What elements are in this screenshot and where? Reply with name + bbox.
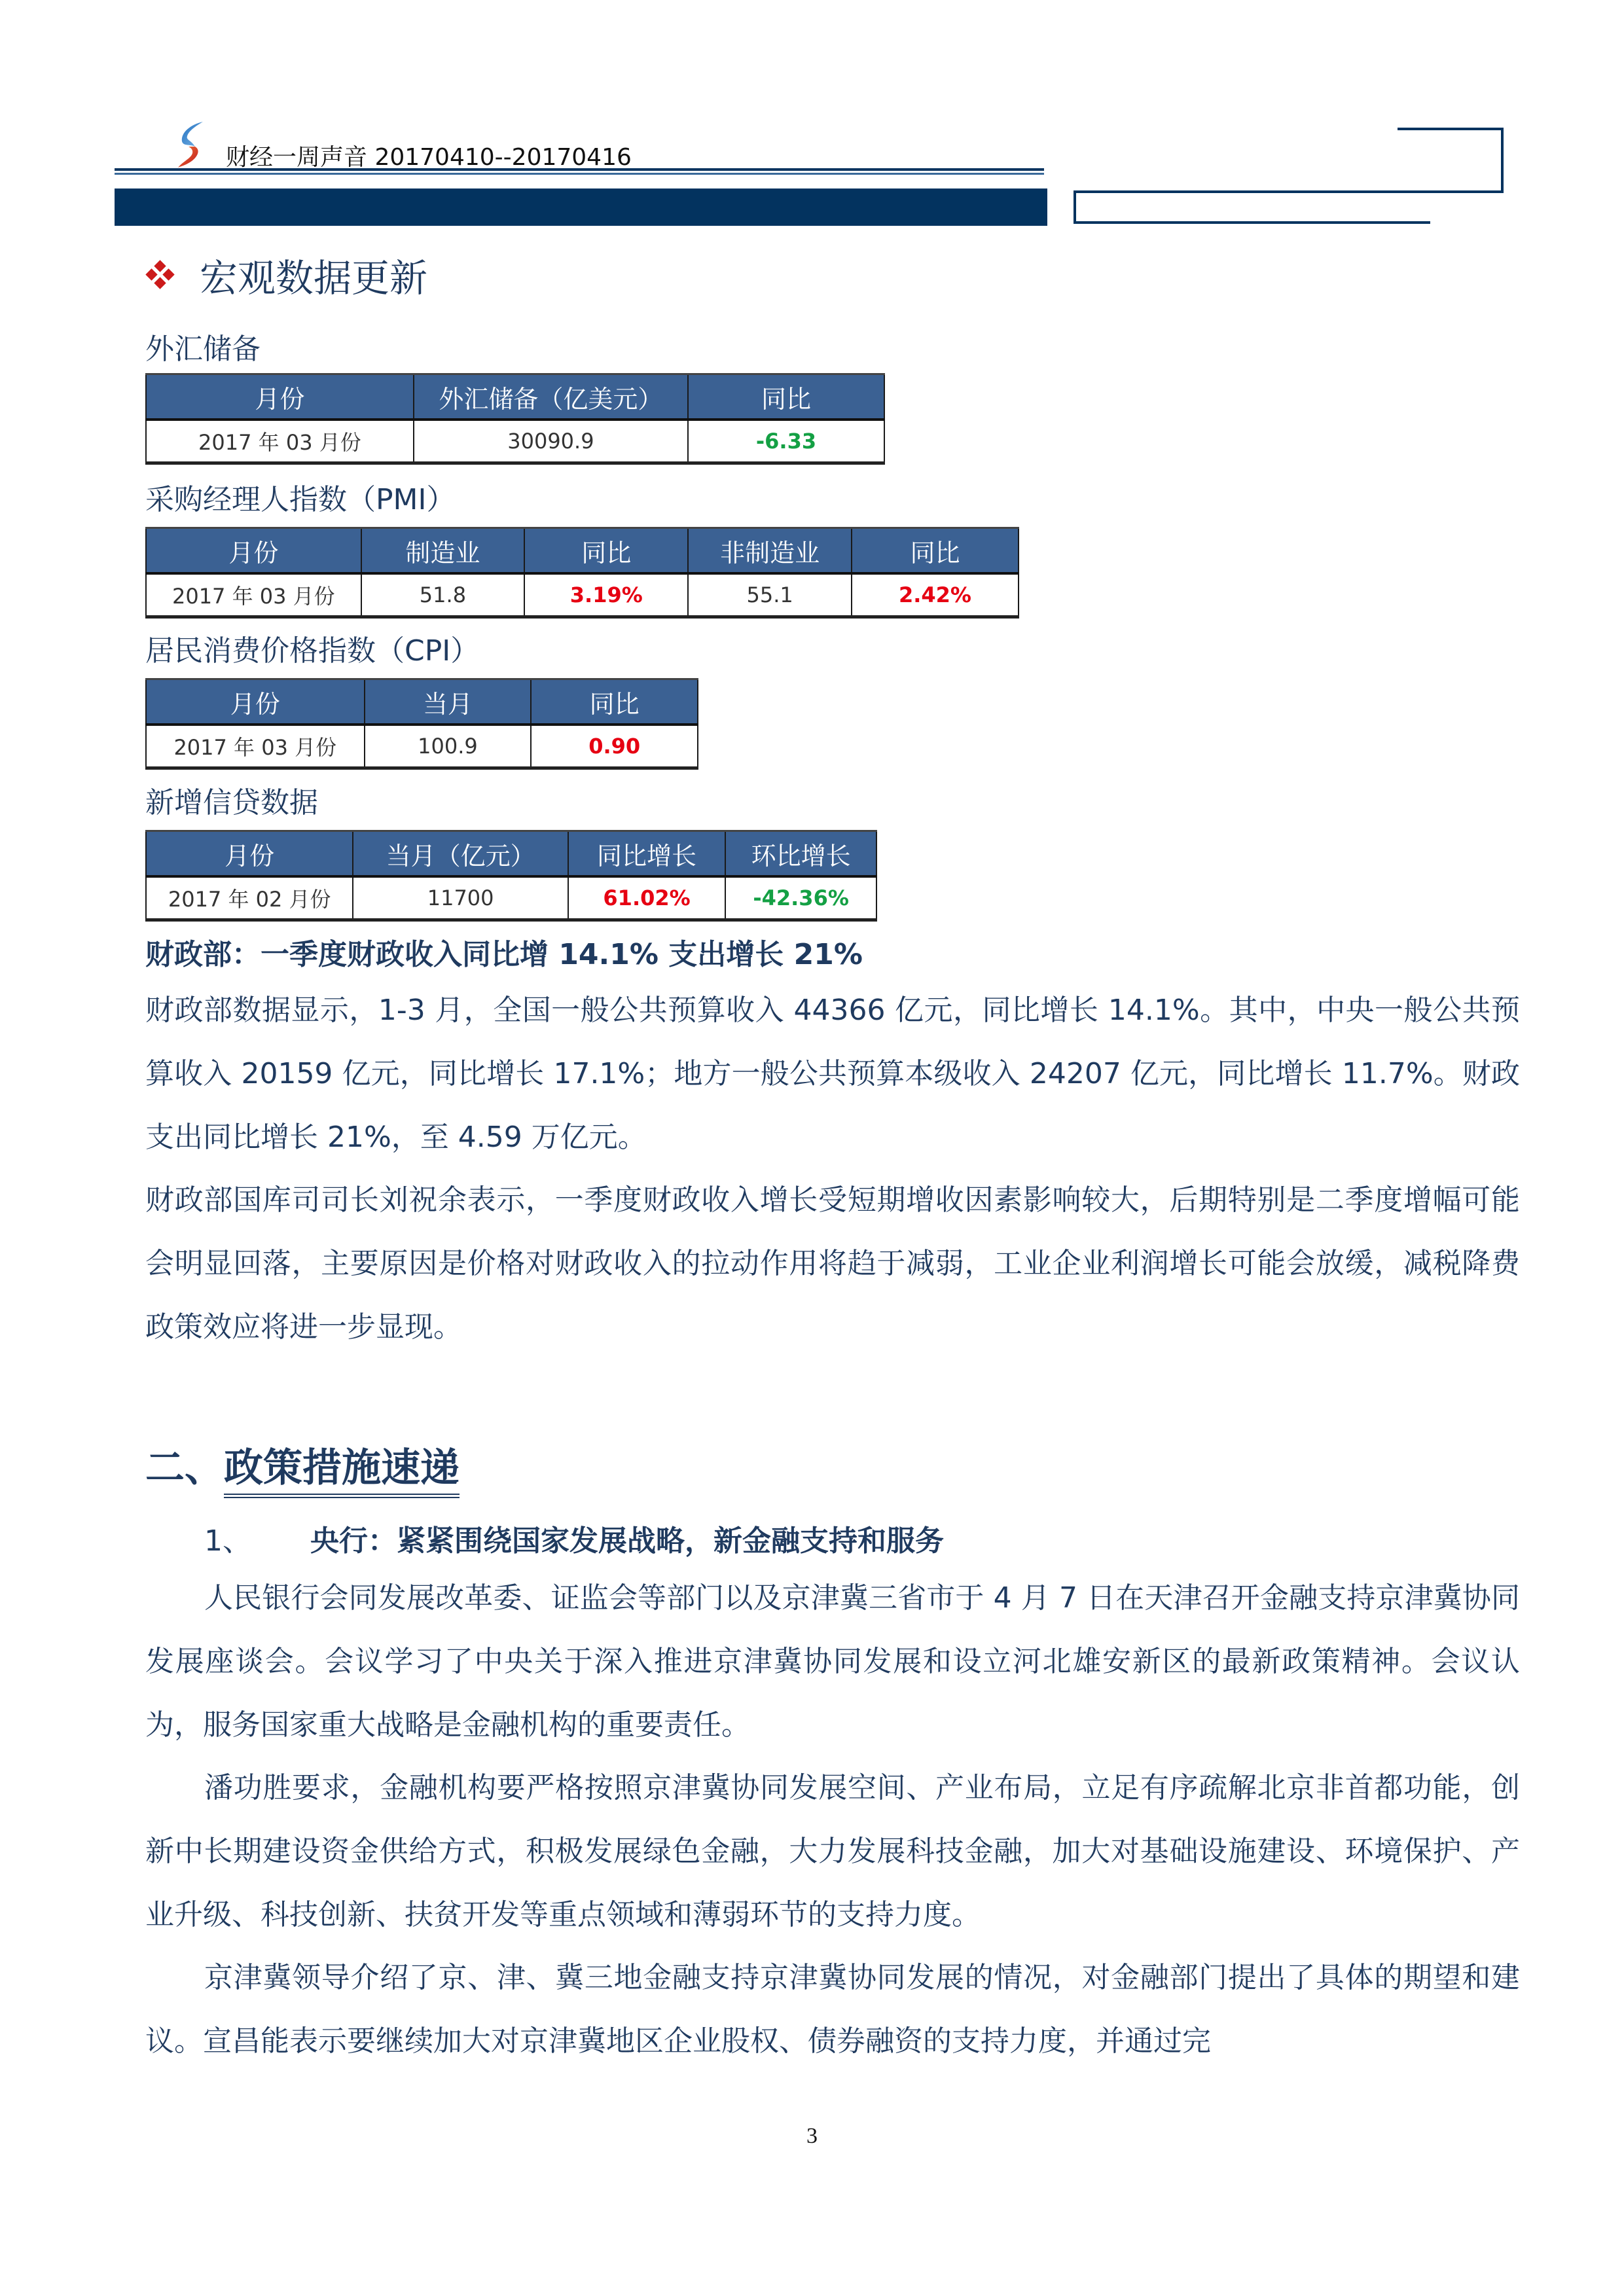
cpi-table: 月份 当月 同比 2017 年 03 月份 100.9 0.90 — [145, 678, 698, 770]
pmi-label: 采购经理人指数（PMI） — [145, 476, 455, 518]
column-header: 制造业 — [361, 528, 525, 574]
section-title-policy: 二、政策措施速递 — [145, 1437, 460, 1493]
table-cell: 2.42% — [852, 573, 1019, 617]
table-cell: 55.1 — [688, 573, 852, 617]
item-title-text: 央行：紧紧围绕国家发展战略，新金融支持和服务 — [310, 1524, 944, 1558]
table-cell: 0.90 — [531, 725, 698, 768]
forex-table: 月份 外汇储备（亿美元） 同比 2017 年 03 月份 30090.9 -6.… — [145, 373, 885, 465]
table-cell: 2017 年 03 月份 — [146, 725, 365, 768]
table-cell: 2017 年 03 月份 — [146, 573, 361, 617]
table-cell: -6.33 — [688, 420, 884, 463]
header-title: 财经一周声音 20170410--20170416 — [226, 139, 632, 172]
table-cell: 61.02% — [568, 876, 725, 920]
decor-bracket — [1074, 190, 1076, 224]
s-swoosh-logo-icon — [171, 118, 211, 170]
table-cell: 100.9 — [365, 725, 532, 768]
news-heading: 财政部：一季度财政收入同比增 14.1% 支出增长 21% — [145, 931, 863, 973]
column-header: 月份 — [146, 831, 353, 877]
table-row: 2017 年 03 月份 51.8 3.19% 55.1 2.42% — [146, 573, 1019, 617]
column-header: 同比 — [688, 374, 884, 420]
decor-bracket — [1074, 221, 1430, 224]
column-header: 当月（亿元） — [353, 831, 568, 877]
column-header: 同比 — [531, 679, 698, 725]
credit-table: 月份 当月（亿元） 同比增长 环比增长 2017 年 02 月份 11700 6… — [145, 830, 877, 922]
table-row: 2017 年 03 月份 100.9 0.90 — [146, 725, 698, 768]
item-number: 1、 — [204, 1524, 251, 1558]
column-header: 月份 — [146, 528, 361, 574]
column-header: 同比增长 — [568, 831, 725, 877]
credit-label: 新增信贷数据 — [145, 779, 318, 821]
section-prefix: 二、 — [145, 1445, 224, 1491]
table-cell: 11700 — [353, 876, 568, 920]
policy-paragraph: 潘功胜要求，金融机构要严格按照京津冀协同发展空间、产业布局，立足有序疏解北京非首… — [145, 1756, 1520, 1946]
decor-bracket — [1501, 128, 1504, 192]
table-row: 2017 年 03 月份 30090.9 -6.33 — [146, 420, 884, 463]
header-rule-thin — [115, 173, 1044, 175]
column-header: 非制造业 — [688, 528, 852, 574]
column-header: 月份 — [146, 374, 414, 420]
news-paragraph: 财政部国库司司长刘祝余表示，一季度财政收入增长受短期增收因素影响较大，后期特别是… — [145, 1168, 1520, 1359]
column-header: 当月 — [365, 679, 532, 725]
forex-label: 外汇储备 — [145, 325, 261, 367]
table-cell: 30090.9 — [414, 420, 688, 463]
table-row: 2017 年 02 月份 11700 61.02% -42.36% — [146, 876, 876, 920]
column-header: 环比增长 — [725, 831, 876, 877]
table-cell: 2017 年 02 月份 — [146, 876, 353, 920]
table-cell: 3.19% — [524, 573, 688, 617]
column-header: 月份 — [146, 679, 365, 725]
policy-item-title: 1、央行：紧紧围绕国家发展战略，新金融支持和服务 — [204, 1517, 944, 1559]
news-paragraph: 财政部数据显示，1-3 月，全国一般公共预算收入 44366 亿元，同比增长 1… — [145, 978, 1520, 1169]
table-cell: 51.8 — [361, 573, 525, 617]
section-title-macro: 宏观数据更新 — [147, 247, 427, 302]
page-number: 3 — [0, 2124, 1624, 2149]
table-cell: -42.36% — [725, 876, 876, 920]
header-rule — [115, 168, 1044, 171]
column-header: 同比 — [524, 528, 688, 574]
column-header: 同比 — [852, 528, 1019, 574]
table-cell: 2017 年 03 月份 — [146, 420, 414, 463]
decor-bracket — [1398, 128, 1504, 130]
section-title-text: 政策措施速递 — [224, 1445, 460, 1498]
cpi-label: 居民消费价格指数（CPI） — [145, 627, 479, 669]
pmi-table: 月份 制造业 同比 非制造业 同比 2017 年 03 月份 51.8 3.19… — [145, 527, 1019, 619]
decor-bracket — [1074, 190, 1504, 193]
policy-paragraph: 京津冀领导介绍了京、津、冀三地金融支持京津冀协同发展的情况，对金融部门提出了具体… — [145, 1946, 1520, 2073]
policy-paragraph: 人民银行会同发展改革委、证监会等部门以及京津冀三省市于 4 月 7 日在天津召开… — [145, 1566, 1520, 1757]
header-banner-bar — [115, 188, 1047, 226]
diamond-cluster-icon — [147, 262, 173, 288]
column-header: 外汇储备（亿美元） — [414, 374, 688, 420]
section-title-text: 宏观数据更新 — [200, 247, 427, 302]
